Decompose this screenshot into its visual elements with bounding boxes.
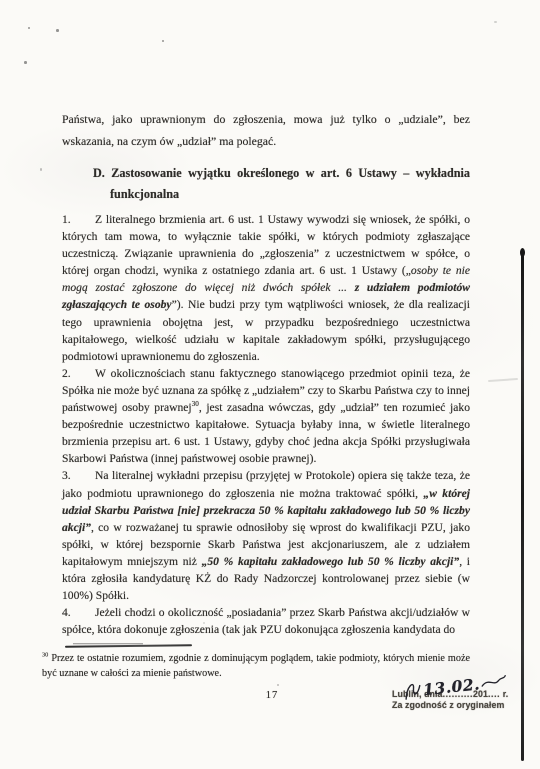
- paragraph-1-number: 1.: [62, 211, 95, 228]
- paragraph-3-text: Na literalnej wykładni przepisu (przyjęt…: [62, 469, 470, 602]
- page-number: 17: [250, 690, 294, 701]
- scan-edge-blob: [520, 248, 525, 257]
- handwritten-date-text: 13.02.: [422, 674, 481, 699]
- scan-speck: [277, 684, 279, 686]
- footnote-text: Przez te ostatnie rozumiem, zgodnie z do…: [42, 653, 470, 679]
- scan-edge-line: [521, 250, 524, 761]
- scan-speck: [40, 168, 42, 171]
- paragraph-1-text: Z literalnego brzmienia art. 6 ust. 1 Us…: [62, 213, 470, 363]
- scan-speck: [162, 40, 164, 42]
- footnote-divider: [65, 644, 192, 648]
- document-page: { "page": { "page_number": "17", "intro_…: [0, 0, 540, 769]
- section-heading: D. Zastosowanie wyjątku określonego w ar…: [93, 163, 470, 205]
- paragraph-4-text: Jeżeli chodzi o okoliczność „posiadania”…: [62, 606, 470, 636]
- scan-streak: [488, 378, 518, 382]
- section-heading-line1: D. Zastosowanie wyjątku określonego w ar…: [93, 163, 470, 184]
- paragraph-3: 3.Na literalnej wykładni przepisu (przyj…: [62, 467, 470, 604]
- intro-paragraph: Państwa, jako uprawnionym do zgłoszenia,…: [62, 109, 470, 152]
- paragraph-3-number: 3.: [62, 467, 95, 484]
- paragraph-4-number: 4.: [62, 604, 95, 621]
- paragraph-1: 1.Z literalnego brzmienia art. 6 ust. 1 …: [62, 211, 470, 365]
- pen-flourish-icon: [480, 673, 508, 692]
- paragraph-2-number: 2.: [62, 365, 95, 382]
- section-heading-line2: funkcjonalna: [110, 184, 470, 205]
- scan-speck: [56, 29, 59, 32]
- body-paragraphs: 1.Z literalnego brzmienia art. 6 ust. 1 …: [62, 211, 470, 638]
- paragraph-2-text: W okolicznościach stanu faktycznego stan…: [62, 367, 470, 465]
- scan-speck: [28, 27, 30, 29]
- scan-speck: [494, 21, 497, 23]
- footnote: 30 Przez te ostatnie rozumiem, zgodnie z…: [42, 652, 470, 681]
- scan-speck: [24, 61, 27, 64]
- paragraph-4: 4.Jeżeli chodzi o okoliczność „posiadani…: [62, 604, 470, 638]
- pen-flourish-icon: [401, 677, 423, 703]
- paragraph-2: 2.W okolicznościach stanu faktycznego st…: [62, 365, 470, 468]
